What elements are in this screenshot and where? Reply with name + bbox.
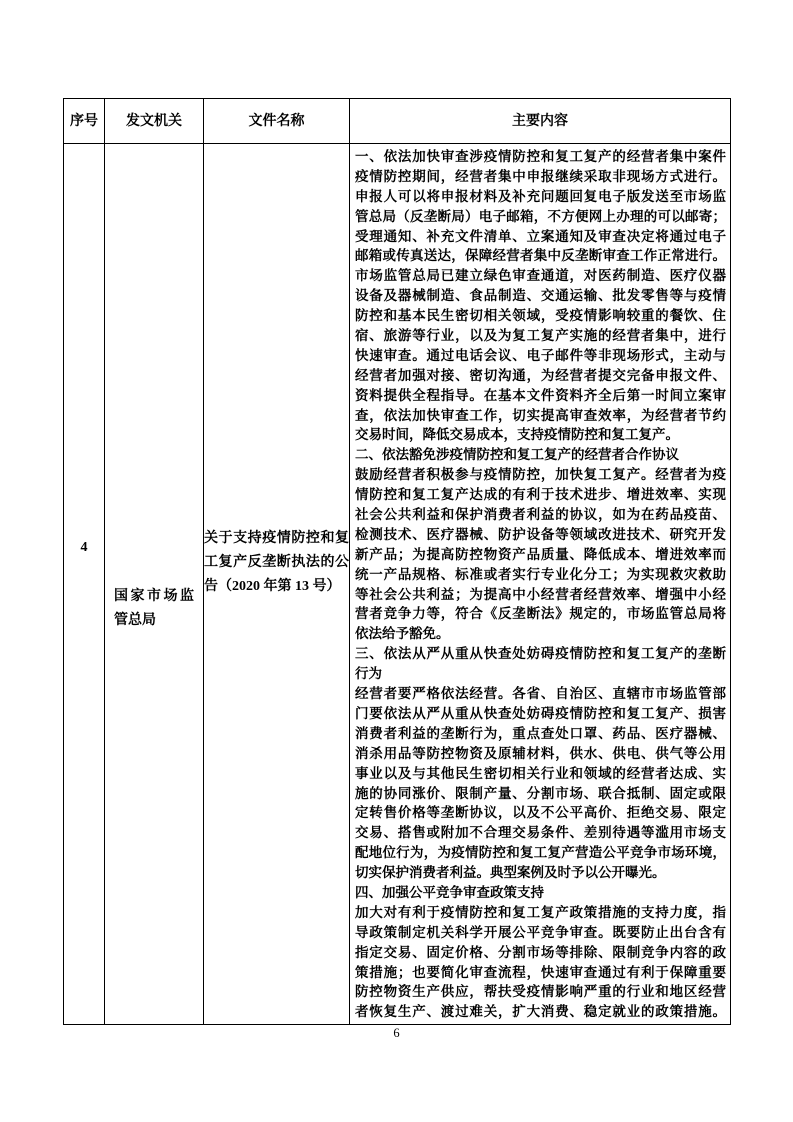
column-header-agency: 发文机关: [105, 99, 204, 144]
doc-name-value: 关于支持疫情防控和复工复产反垄断执法的公告（2020 年第 13 号）: [204, 527, 349, 599]
content-line: 交易、搭售或附加不合理交易条件、差别待遇等滥用市场支: [355, 823, 726, 843]
content-line: 营者竞争力等，符合《反垄断法》规定的，市场监管总局将: [355, 604, 726, 624]
content-line: 三、依法从严从重从快查处妨碍疫情防控和复工复产的垄断: [355, 644, 726, 664]
content-line: 依法给予豁免。: [355, 624, 726, 644]
content-line: 新产品；为提高防控物资产品质量、降低成本、增进效率而: [355, 545, 726, 565]
content-line: 四、加强公平竞争审查政策支持: [355, 883, 726, 903]
content-line: 社会公共利益和保护消费者利益的协议，如为在药品疫苗、: [355, 505, 726, 525]
content-line: 策措施；也要简化审查流程，快速审查通过有利于保障重要: [355, 963, 726, 983]
content-line: 资料提供全程指导。在基本文件资料齐全后第一时间立案审: [355, 386, 726, 406]
content-line: 情防控和复工复产达成的有利于技术进步、增进效率、实现: [355, 485, 726, 505]
content-line: 查，依法加快审查工作，切实提高审查效率，为经营者节约: [355, 406, 726, 426]
content-line: 疫情防控期间，经营者集中申报继续采取非现场方式进行。: [355, 167, 726, 187]
table-row: 4 国家市场监管总局 关于支持疫情防控和复工复产反垄断执法的公告（2020 年第…: [64, 144, 731, 1025]
cell-doc-name: 关于支持疫情防控和复工复产反垄断执法的公告（2020 年第 13 号）: [204, 144, 350, 1025]
cell-content: 一、依法加快审查涉疫情防控和复工复产的经营者集中案件疫情防控期间，经营者集中申报…: [350, 144, 731, 1025]
column-header-seq: 序号: [64, 99, 105, 144]
content-line: 鼓励经营者积极参与疫情防控，加快复工复产。经营者为疫: [355, 465, 726, 485]
content-line: 二、依法豁免涉疫情防控和复工复产的经营者合作协议: [355, 445, 726, 465]
content-line: 行为: [355, 664, 726, 684]
column-header-doc-name: 文件名称: [204, 99, 350, 144]
document-page: 序号 发文机关 文件名称 主要内容 4 国家市场监管总局 关于支持疫情防控和复工…: [0, 0, 793, 1122]
content-line: 加大对有利于疫情防控和复工复产政策措施的支持力度，指: [355, 903, 726, 923]
content-line: 施的协同涨价、限制产量、分割市场、联合抵制、固定或限: [355, 784, 726, 804]
content-line: 邮箱或传真送达，保障经营者集中反垄断审查工作正常进行。: [355, 246, 726, 266]
content-line: 管总局（反垄断局）电子邮箱，不方便网上办理的可以邮寄；: [355, 207, 726, 227]
content-line: 门要依法从严从重从快查处妨碍疫情防控和复工复产、损害: [355, 704, 726, 724]
content-line: 一、依法加快审查涉疫情防控和复工复产的经营者集中案件: [355, 147, 726, 167]
table-header-row: 序号 发文机关 文件名称 主要内容: [64, 99, 731, 144]
content-line: 检测技术、医疗器械、防护设备等领域改进技术、研究开发: [355, 525, 726, 545]
content-line: 导政策制定机关科学开展公平竞争审查。既要防止出台含有: [355, 923, 726, 943]
content-line: 申报人可以将申报材料及补充问题回复电子版发送至市场监: [355, 187, 726, 207]
content-line: 设备及器械制造、食品制造、交通运输、批发零售等与疫情: [355, 286, 726, 306]
content-line: 事业以及与其他民生密切相关行业和领域的经营者达成、实: [355, 764, 726, 784]
column-header-content: 主要内容: [350, 99, 731, 144]
content-line: 定转售价格等垄断协议，以及不公平高价、拒绝交易、限定: [355, 803, 726, 823]
content-line: 指定交易、固定价格、分割市场等排除、限制竞争内容的政: [355, 943, 726, 963]
content-line: 切实保护消费者利益。典型案例及时予以公开曝光。: [355, 863, 726, 883]
content-line: 受理通知、补充文件清单、立案通知及审查决定将通过电子: [355, 227, 726, 247]
content-text: 一、依法加快审查涉疫情防控和复工复产的经营者集中案件疫情防控期间，经营者集中申报…: [350, 145, 730, 1023]
seq-value: 4: [64, 540, 104, 556]
content-line: 消杀用品等防控物资及原辅材料，供水、供电、供气等公用: [355, 744, 726, 764]
content-line: 交易时间，降低交易成本，支持疫情防控和复工复产。: [355, 425, 726, 445]
content-line: 防控物资生产供应，帮扶受疫情影响严重的行业和地区经营: [355, 982, 726, 1002]
cell-agency: 国家市场监管总局: [105, 144, 204, 1025]
content-line: 经营者要严格依法经营。各省、自治区、直辖市市场监管部: [355, 684, 726, 704]
page-number: 6: [0, 1026, 793, 1041]
content-line: 经营者加强对接、密切沟通，为经营者提交完备申报文件、: [355, 366, 726, 386]
content-line: 快速审查。通过电话会议、电子邮件等非现场形式，主动与: [355, 346, 726, 366]
agency-value: 国家市场监管总局: [114, 585, 194, 633]
content-line: 等社会公共利益；为提高中小经营者经营效率、增强中小经: [355, 585, 726, 605]
content-line: 防控和基本民生密切相关领域，受疫情影响较重的餐饮、住: [355, 306, 726, 326]
content-line: 配地位行为，为疫情防控和复工复产营造公平竞争市场环境，: [355, 843, 726, 863]
content-line: 宿、旅游等行业，以及为复工复产实施的经营者集中，进行: [355, 326, 726, 346]
cell-seq: 4: [64, 144, 105, 1025]
content-line: 者恢复生产、渡过难关，扩大消费、稳定就业的政策措施。: [355, 1002, 726, 1022]
regulations-table: 序号 发文机关 文件名称 主要内容 4 国家市场监管总局 关于支持疫情防控和复工…: [63, 98, 731, 1025]
content-line: 市场监管总局已建立绿色审查通道，对医药制造、医疗仪器: [355, 266, 726, 286]
content-line: 消费者利益的垄断行为，重点查处口罩、药品、医疗器械、: [355, 724, 726, 744]
content-line: 统一产品规格、标准或者实行专业化分工；为实现救灾救助: [355, 565, 726, 585]
